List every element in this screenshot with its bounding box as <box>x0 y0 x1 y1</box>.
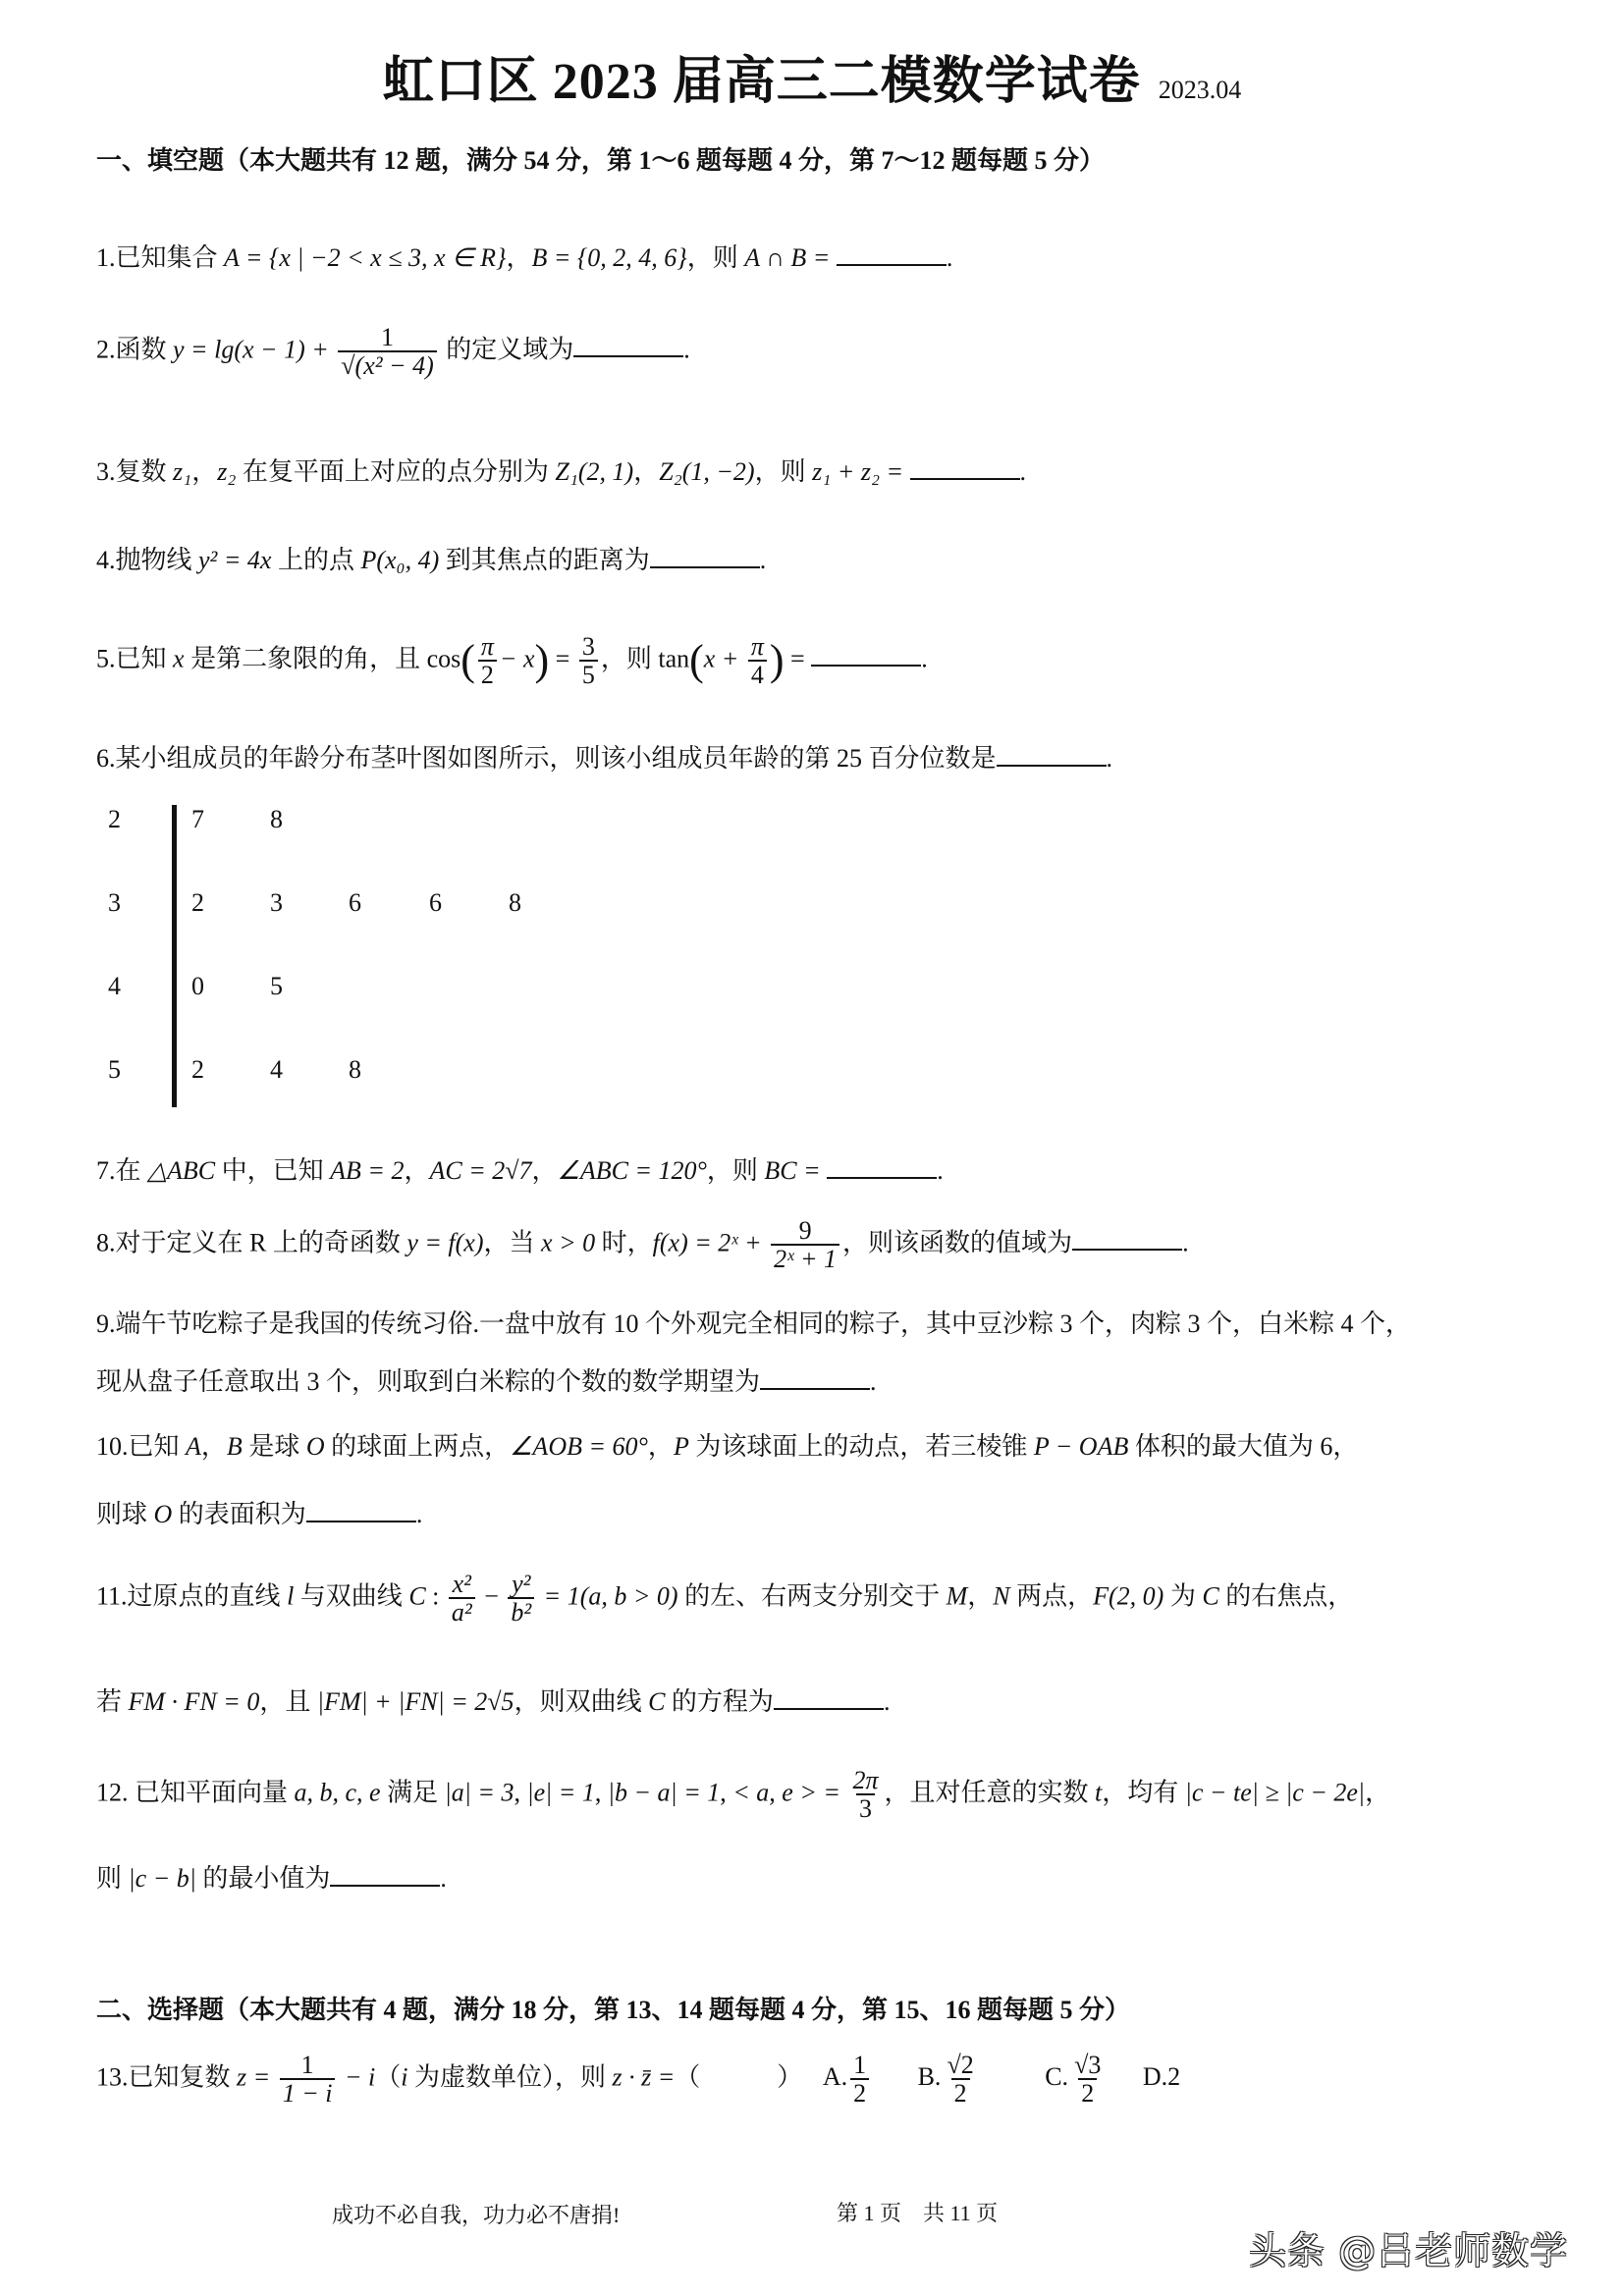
answer-blank <box>760 1366 870 1390</box>
footer-page-number: 第 1 页 共 11 页 <box>837 2197 998 2227</box>
answer-blank <box>910 456 1020 480</box>
answer-blank <box>1072 1227 1182 1251</box>
question-2: 2.函数 y = lg(x − 1) + 1√(x² − 4) 的定义域为. <box>96 324 690 380</box>
answer-blank <box>997 743 1107 767</box>
exam-title: 虹口区 2023 届高三二模数学试卷2023.04 <box>0 39 1624 113</box>
answer-blank <box>330 1863 440 1887</box>
answer-blank <box>837 242 947 266</box>
watermark: 头条 @吕老师数学 <box>1249 2220 1568 2274</box>
question-4: 4.抛物线 y² = 4x 上的点 P(x₀, 4) 到其焦点的距离为. <box>96 545 766 575</box>
answer-blank <box>650 545 760 568</box>
option-d[interactable]: D.2 <box>1143 2062 1180 2091</box>
question-8: 8.对于定义在 R 上的奇函数 y = f(x)，当 x > 0 时，f(x) … <box>96 1217 1189 1273</box>
question-10-line-2: 则球 O 的表面积为. <box>96 1499 422 1529</box>
fraction: 1√(x² − 4) <box>338 324 436 380</box>
option-b[interactable]: B.√22 <box>918 2062 980 2091</box>
stem-leaf-plot: 2 7 8 3 2 3 6 6 8 4 0 5 5 2 4 8 <box>98 805 589 1109</box>
answer-blank <box>306 1499 416 1522</box>
title-text: 虹口区 2023 届高三二模数学试卷 <box>383 54 1141 110</box>
question-12: 12. 已知平面向量 a, b, c, e 满足 |a| = 3, |e| = … <box>96 1767 1390 1823</box>
question-11-line-2: 若 FM · FN = 0，且 |FM| + |FN| = 2√5，则双曲线 C… <box>96 1686 890 1717</box>
footer-motto: 成功不必自我，功力必不唐捐! <box>332 2199 620 2229</box>
stem-divider <box>172 805 177 1107</box>
question-1: 1.已知集合 A = {x | −2 < x ≤ 3, x ∈ R}，B = {… <box>96 242 952 273</box>
question-13: 13.已知复数 z = 11 − i − i（i 为虚数单位），则 z · z̄… <box>96 2052 1180 2108</box>
option-c[interactable]: C.√32 <box>1045 2062 1107 2091</box>
question-3: 3.复数 z₁，z₂ 在复平面上对应的点分别为 Z₁(2, 1)，Z₂(1, −… <box>96 456 1026 487</box>
question-6: 6.某小组成员的年龄分布茎叶图如图所示，则该小组成员年龄的第 25 百分位数是. <box>96 743 1112 774</box>
question-9-line-2: 现从盘子任意取出 3 个，则取到白米粽的个数的数学期望为. <box>96 1366 877 1397</box>
answer-blank <box>811 643 921 667</box>
question-10: 10.已知 A，B 是球 O 的球面上两点，∠AOB = 60°，P 为该球面上… <box>96 1431 1358 1462</box>
question-12-line-2: 则 |c − b| 的最小值为. <box>96 1863 447 1894</box>
question-11: 11.过原点的直线 l 与双曲线 C : x²a² − y²b² = 1(a, … <box>96 1571 1353 1627</box>
section-2-heading: 二、选择题（本大题共有 4 题，满分 18 分，第 13、14 题每题 4 分，… <box>96 1990 1130 2026</box>
option-a[interactable]: A.12 <box>823 2062 872 2091</box>
question-5: 5.已知 x 是第二象限的角，且 cos(π2− x) = 35，则 tan(x… <box>96 633 928 689</box>
question-7: 7.在 △ABC 中，已知 AB = 2，AC = 2√7，∠ABC = 120… <box>96 1155 944 1186</box>
answer-blank <box>573 334 683 357</box>
answer-blank <box>774 1686 884 1710</box>
answer-blank <box>827 1155 937 1179</box>
title-date: 2023.04 <box>1159 76 1242 104</box>
question-9: 9.端午节吃粽子是我国的传统习俗.一盘中放有 10 个外观完全相同的粽子，其中豆… <box>96 1308 1411 1339</box>
section-1-heading: 一、填空题（本大题共有 12 题，满分 54 分，第 1～6 题每题 4 分，第… <box>96 140 1105 177</box>
